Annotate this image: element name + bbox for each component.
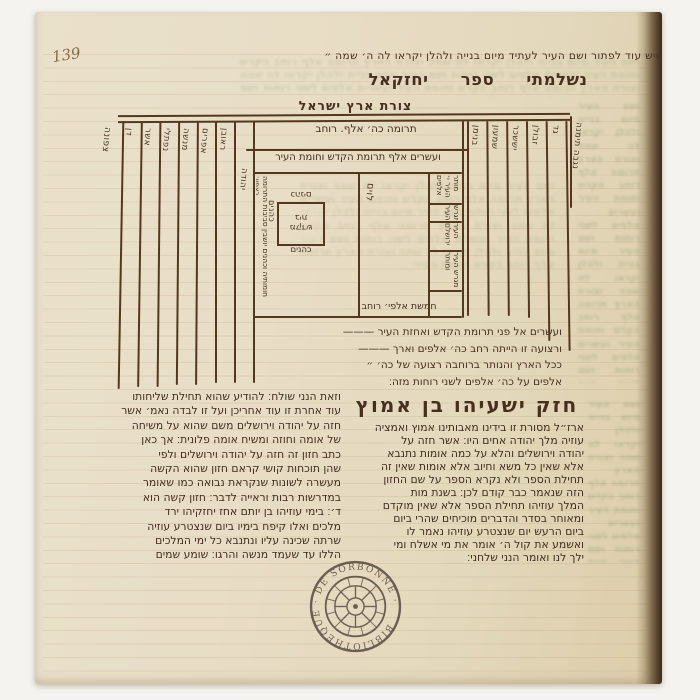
text-line: ביום הרעש יום שנצטרע עוזיהו נאמר לו (350, 525, 584, 538)
diagram-title: צורת ארץ ישראל (278, 98, 433, 113)
diagram-line (246, 149, 468, 151)
text-line: שרתה שכינה עליו ונתנבא כל ימי המלכים (103, 534, 341, 548)
text-line: ועשרים אל פני תרומת הקדש ואחזת העיר ——— (298, 324, 562, 341)
text-line: וזאת הנני שולח׃ להודיע שהוא תחילת שליחות… (103, 390, 341, 404)
text-line: ואשמע את קול ה׳ אומר את מי אשלח ומי (350, 538, 584, 551)
diagram-line (358, 172, 360, 318)
text-line: של אומה וחוזה ומשיח אומה פלונית׃ אך כאן (103, 433, 341, 447)
text-line: המלך עוזיהו תחילת הספר אלא שאין מוקדם (350, 499, 584, 512)
header-line-end-of-ezekiel: ויש עוד לפתור ושם העיר לעתיד מיום בנייה … (235, 50, 659, 62)
sorbonne-library-stamp: BIBLIOTHEQUE · DE SORBONNE · (307, 558, 404, 655)
diagram-line (234, 121, 236, 383)
diagram-line (462, 121, 464, 318)
diagram-line (428, 290, 462, 292)
text-line: עוד אחרת זו עוד אחריכן ועל זו לבדה נאמ׳ … (103, 404, 341, 418)
text-line: עוזיה מלך יהודה אחים היו׃ אשר חזה על (350, 434, 584, 447)
text-line: הזה שנאמר כבר קודם לכן׃ בשנת מות (350, 486, 584, 499)
terumah-width-label: תרומה כה׳ אלף. רוחב (280, 123, 452, 135)
commentary-column-right: ארז״ל מסורת זו בידינו מאבותינו אמוץ ואמצ… (350, 421, 584, 564)
text-line: תחילת הספר ולא נקרא הספר על שם החזון (350, 473, 584, 486)
text-line: ככל הארץ והנותר ברוחבה רצועה של כה׳ ״ (298, 357, 562, 374)
text-line: ד׳׃ בימי עוזיהו בן יותם אחז יחזקיהו ירד (103, 505, 341, 519)
priests-terumah-note: חומותיה וכהנים יושבין סביבות התרומה בצפו… (256, 176, 269, 316)
holy-terumah-label: ועשרים אלף תרומת הקדש וחומת העיר (250, 152, 466, 163)
text-line: אלא שאין כל משא וחיוב אלא אומות שאין זה (350, 460, 584, 473)
priests-label-north: כהנים (279, 189, 323, 199)
text-line: יהודה וירושלים והלא על כמה אומות נתנבא (350, 447, 584, 460)
city-cell-migrash-remainder: מגרש העיר ומותר (431, 252, 460, 289)
diagram-caption: ועשרים אל פני תרומת הקדש ואחזת העיר ———ו… (298, 324, 562, 390)
text-line: מלכים ואלו קיפח בימיו ביום שנצטרע עוזיה (103, 520, 341, 534)
city-cell-jerusalem: העיר ירושלם (431, 223, 460, 249)
priests-label-south: כהנים (279, 245, 323, 255)
sanctuary-label: מקדש (279, 222, 323, 232)
text-line: אלפים על כה׳ אלפים לשני רוחות מזה׃ (298, 374, 562, 391)
book-fore-edge (636, 12, 662, 684)
text-line: במדרשות רבות וראייה לדבר׃ חזון קשה הוא (103, 491, 341, 505)
text-line: הללו עד שעמד מנשה והרגו׃ שומע שמים (103, 548, 341, 562)
commentary-column-left: וזאת הנני שולח׃ להודיע שהוא תחילת שליחות… (103, 390, 341, 563)
text-line: חזה על יהודה וירושלים משם שהוא על משיחה (103, 419, 341, 433)
priests-label-west: כהנים (266, 200, 276, 244)
city-strip-width-label: חמשת אלפי׳ רוחב (338, 301, 460, 312)
text-line: שהן תוכחות קושי קראם חזון שהוא הקשה (103, 462, 341, 476)
city-cell-remainder-east: מותר העיר י׳ אלפים (431, 175, 460, 202)
sanctuary-square: מקדש בית (277, 202, 325, 246)
diagram-line (253, 316, 462, 318)
diagram-line (428, 172, 430, 318)
city-cell-migrash: מגרש העיר (431, 205, 460, 220)
text-line: ורצועה זו הייתה רחב כה׳ אלפים וארך ——— (298, 341, 562, 358)
colophon-ezekiel-completed: נשלמתי ספר יחזקאל (332, 70, 624, 89)
text-line: ומאוחר בסדר והדברים מוכיחים שהרי ביום (350, 512, 584, 525)
text-line: ארז״ל מסורת זו בידינו מאבותינו אמוץ ואמצ… (350, 421, 584, 434)
sanctuary-sublabel: בית (279, 212, 323, 222)
isaiah-incipit-header: חזק ישעיהו בן אמוץ (352, 393, 582, 417)
manuscript-photo: ושם העיר מיום בנייה ולהלן יקראו לה שמה ו… (0, 0, 700, 700)
text-line: מעשרה לשונות שנקראת נבואה כמו שאומר (103, 476, 341, 490)
text-line: כתב חזון זה חזה על יהודה וירושלים ולפי (103, 448, 341, 462)
